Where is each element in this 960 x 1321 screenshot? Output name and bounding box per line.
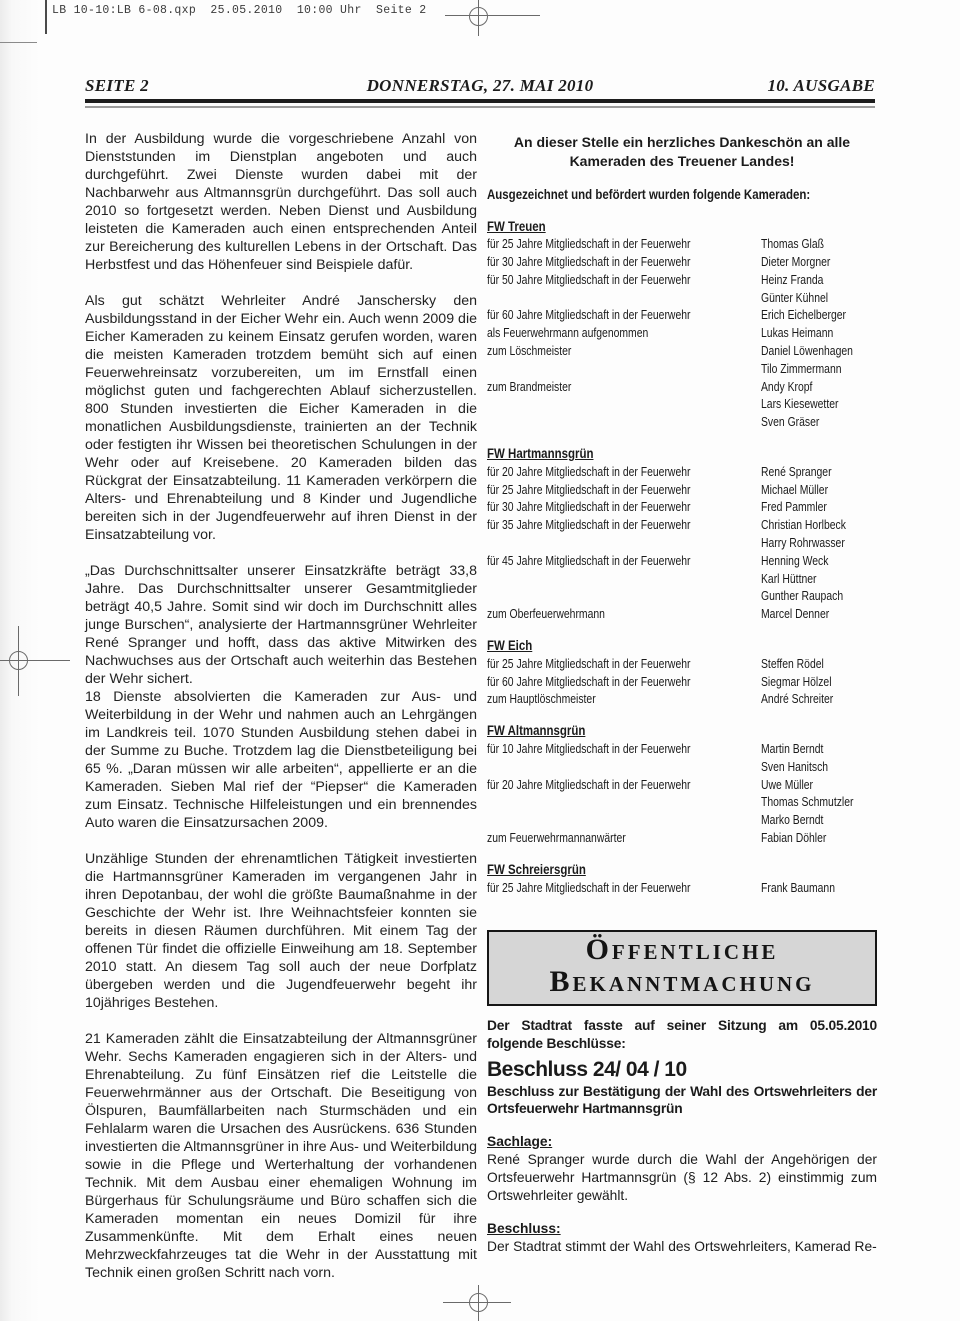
award-recipient-name: Dieter Morgner xyxy=(761,253,830,271)
award-row: für 50 Jahre Mitgliedschaft in der Feuer… xyxy=(487,271,877,289)
award-row: zum FeuerwehrmannanwärterFabian Döhler xyxy=(487,829,877,847)
award-row: zum BrandmeisterAndy Kropf xyxy=(487,378,877,396)
award-description: für 25 Jahre Mitgliedschaft in der Feuer… xyxy=(487,235,690,253)
thanks-heading: An dieser Stelle ein herzliches Dankesch… xyxy=(512,133,852,171)
award-row: für 10 Jahre Mitgliedschaft in der Feuer… xyxy=(487,740,877,758)
award-description: für 60 Jahre Mitgliedschaft in der Feuer… xyxy=(487,306,690,324)
award-recipient-name: Sven Hanitsch xyxy=(761,758,828,776)
award-recipient-name: Henning Weck xyxy=(761,552,828,570)
fw-section: FW Treuenfür 25 Jahre Mitgliedschaft in … xyxy=(487,218,877,432)
award-description: für 35 Jahre Mitgliedschaft in der Feuer… xyxy=(487,516,690,534)
award-recipient-name: Michael Müller xyxy=(761,481,828,499)
award-row: Lars Kiesewetter xyxy=(487,395,877,413)
award-row: zum OberfeuerwehrmannMarcel Denner xyxy=(487,605,877,623)
award-row: für 30 Jahre Mitgliedschaft in der Feuer… xyxy=(487,253,877,271)
award-recipient-name: Günter Kühnel xyxy=(761,289,828,307)
article-paragraph: In der Ausbildung wurde die vorgeschrieb… xyxy=(85,130,477,274)
award-description: für 25 Jahre Mitgliedschaft in der Feuer… xyxy=(487,879,690,897)
award-row: Günter Kühnel xyxy=(487,289,877,307)
award-description: für 10 Jahre Mitgliedschaft in der Feuer… xyxy=(487,740,690,758)
award-row: für 25 Jahre Mitgliedschaft in der Feuer… xyxy=(487,655,877,673)
article-paragraph: Als gut schätzt Wehrleiter André Jansche… xyxy=(85,292,477,544)
award-recipient-name: Gunther Raupach xyxy=(761,587,843,605)
header-rule-thick xyxy=(85,99,875,103)
award-row: für 35 Jahre Mitgliedschaft in der Feuer… xyxy=(487,516,877,534)
award-recipient-name: Fred Pammler xyxy=(761,498,827,516)
award-row: Sven Hanitsch xyxy=(487,758,877,776)
award-recipient-name: Andy Kropf xyxy=(761,378,812,396)
award-recipient-name: Martin Berndt xyxy=(761,740,823,758)
announcement-title-line1: Öffentliche xyxy=(489,934,875,966)
issue-number: 10. AUSGABE xyxy=(767,76,875,96)
award-recipient-name: Siegmar Hölzel xyxy=(761,673,832,691)
public-announcement: Öffentliche Bekanntmachung Der Stadtrat … xyxy=(487,930,877,1256)
fw-section-title: FW Treuen xyxy=(487,218,546,236)
award-description: für 20 Jahre Mitgliedschaft in der Feuer… xyxy=(487,776,690,794)
award-recipient-name: Karl Hüttner xyxy=(761,570,817,588)
announcement-title-line2: Bekanntmachung xyxy=(489,966,875,998)
award-recipient-name: Marko Berndt xyxy=(761,811,823,829)
award-recipient-name: Heinz Franda xyxy=(761,271,823,289)
awards-intro-text: Ausgezeichnet und befördert wurden folge… xyxy=(487,186,810,204)
award-recipient-name: Lukas Heimann xyxy=(761,324,833,342)
decision-title: Beschluss zur Bestätigung der Wahl des O… xyxy=(487,1083,877,1119)
award-recipient-name: Marcel Denner xyxy=(761,605,829,623)
award-row: Sven Gräser xyxy=(487,413,877,431)
award-recipient-name: Thomas Schmutzler xyxy=(761,793,853,811)
decision-number: Beschluss 24/ 04 / 10 xyxy=(487,1057,877,1083)
award-description: zum Feuerwehrmannanwärter xyxy=(487,829,626,847)
award-description: für 25 Jahre Mitgliedschaft in der Feuer… xyxy=(487,655,690,673)
award-recipient-name: Steffen Rödel xyxy=(761,655,824,673)
award-recipient-name: René Spranger xyxy=(761,463,832,481)
right-column: An dieser Stelle ein herzliches Dankesch… xyxy=(487,133,877,896)
beschluss-text: Der Stadtrat stimmt der Wahl des Ortsweh… xyxy=(487,1238,877,1256)
awards-sections: FW Treuenfür 25 Jahre Mitgliedschaft in … xyxy=(487,218,877,897)
award-row: für 45 Jahre Mitgliedschaft in der Feuer… xyxy=(487,552,877,570)
article-paragraph: 21 Kameraden zählt die Einsatzabteilung … xyxy=(85,1030,477,1282)
article-paragraph: 18 Dienste absolvierten die Kameraden zu… xyxy=(85,688,477,832)
award-description: zum Hauptlöschmeister xyxy=(487,690,596,708)
award-row: für 20 Jahre Mitgliedschaft in der Feuer… xyxy=(487,463,877,481)
award-row: Harry Rohrwasser xyxy=(487,534,877,552)
award-row: für 60 Jahre Mitgliedschaft in der Feuer… xyxy=(487,306,877,324)
fw-section: FW Eichfür 25 Jahre Mitgliedschaft in de… xyxy=(487,637,877,708)
award-description: für 30 Jahre Mitgliedschaft in der Feuer… xyxy=(487,253,690,271)
fw-section-title: FW Altmannsgrün xyxy=(487,722,585,740)
award-recipient-name: Tilo Zimmermann xyxy=(761,360,842,378)
fw-section-title: FW Schreiersgrün xyxy=(487,861,586,879)
award-row: Thomas Schmutzler xyxy=(487,793,877,811)
award-description: für 50 Jahre Mitgliedschaft in der Feuer… xyxy=(487,271,690,289)
fw-section: FW Hartmannsgrünfür 20 Jahre Mitgliedsch… xyxy=(487,445,877,623)
fw-section: FW Schreiersgrünfür 25 Jahre Mitgliedsch… xyxy=(487,861,877,897)
fw-section-title: FW Hartmannsgrün xyxy=(487,445,593,463)
award-description: für 30 Jahre Mitgliedschaft in der Feuer… xyxy=(487,498,690,516)
award-row: für 25 Jahre Mitgliedschaft in der Feuer… xyxy=(487,879,877,897)
award-description: für 45 Jahre Mitgliedschaft in der Feuer… xyxy=(487,552,690,570)
header-rule-thin xyxy=(85,106,875,109)
award-description: als Feuerwehrmann aufgenommen xyxy=(487,324,648,342)
award-description: zum Brandmeister xyxy=(487,378,571,396)
page-date: DONNERSTAG, 27. MAI 2010 xyxy=(367,76,594,96)
public-announcement-banner: Öffentliche Bekanntmachung xyxy=(487,930,877,1006)
fw-section-title: FW Eich xyxy=(487,637,532,655)
award-row: für 30 Jahre Mitgliedschaft in der Feuer… xyxy=(487,498,877,516)
print-proof-header: LB 10-10:LB 6-08.qxp 25.05.2010 10:00 Uh… xyxy=(52,4,426,17)
award-row: Marko Berndt xyxy=(487,811,877,829)
award-recipient-name: Uwe Müller xyxy=(761,776,813,794)
award-recipient-name: André Schreiter xyxy=(761,690,833,708)
award-recipient-name: Lars Kiesewetter xyxy=(761,395,838,413)
award-recipient-name: Erich Eichelberger xyxy=(761,306,846,324)
award-row: für 60 Jahre Mitgliedschaft in der Feuer… xyxy=(487,673,877,691)
award-row: zum HauptlöschmeisterAndré Schreiter xyxy=(487,690,877,708)
page-header: SEITE 2 DONNERSTAG, 27. MAI 2010 10. AUS… xyxy=(85,76,875,96)
awards-intro: Ausgezeichnet und befördert wurden folge… xyxy=(487,186,877,204)
award-recipient-name: Sven Gräser xyxy=(761,413,819,431)
award-row: Tilo Zimmermann xyxy=(487,360,877,378)
council-intro: Der Stadtrat fasste auf seiner Sitzung a… xyxy=(487,1017,877,1053)
award-row: zum LöschmeisterDaniel Löwenhagen xyxy=(487,342,877,360)
award-recipient-name: Harry Rohrwasser xyxy=(761,534,845,552)
crop-mark-icon xyxy=(0,42,37,43)
award-row: für 25 Jahre Mitgliedschaft in der Feuer… xyxy=(487,235,877,253)
award-row: für 20 Jahre Mitgliedschaft in der Feuer… xyxy=(487,776,877,794)
page-number: SEITE 2 xyxy=(85,76,149,96)
award-row: Gunther Raupach xyxy=(487,587,877,605)
award-recipient-name: Thomas Glaß xyxy=(761,235,824,253)
beschluss-label: Beschluss: xyxy=(487,1220,877,1238)
sachlage-label: Sachlage: xyxy=(487,1133,877,1151)
article-paragraph: „Das Durchschnittsalter unserer Einsatzk… xyxy=(85,562,477,688)
sachlage-text: René Spranger wurde durch die Wahl der A… xyxy=(487,1151,877,1205)
award-recipient-name: Frank Baumann xyxy=(761,879,835,897)
award-description: zum Löschmeister xyxy=(487,342,571,360)
award-description: für 20 Jahre Mitgliedschaft in der Feuer… xyxy=(487,463,690,481)
article-paragraph: Unzählige Stunden der ehrenamtlichen Tät… xyxy=(85,850,477,1012)
award-description: für 25 Jahre Mitgliedschaft in der Feuer… xyxy=(487,481,690,499)
crop-mark-icon xyxy=(45,0,47,34)
award-row: Karl Hüttner xyxy=(487,570,877,588)
award-row: für 25 Jahre Mitgliedschaft in der Feuer… xyxy=(487,481,877,499)
award-description: für 60 Jahre Mitgliedschaft in der Feuer… xyxy=(487,673,690,691)
award-row: als Feuerwehrmann aufgenommenLukas Heima… xyxy=(487,324,877,342)
award-recipient-name: Christian Horlbeck xyxy=(761,516,846,534)
fw-section: FW Altmannsgrünfür 10 Jahre Mitgliedscha… xyxy=(487,722,877,847)
award-recipient-name: Fabian Döhler xyxy=(761,829,826,847)
award-recipient-name: Daniel Löwenhagen xyxy=(761,342,853,360)
newspaper-page: LB 10-10:LB 6-08.qxp 25.05.2010 10:00 Uh… xyxy=(0,0,960,1321)
article-column: In der Ausbildung wurde die vorgeschrieb… xyxy=(85,130,477,1282)
award-description: zum Oberfeuerwehrmann xyxy=(487,605,605,623)
